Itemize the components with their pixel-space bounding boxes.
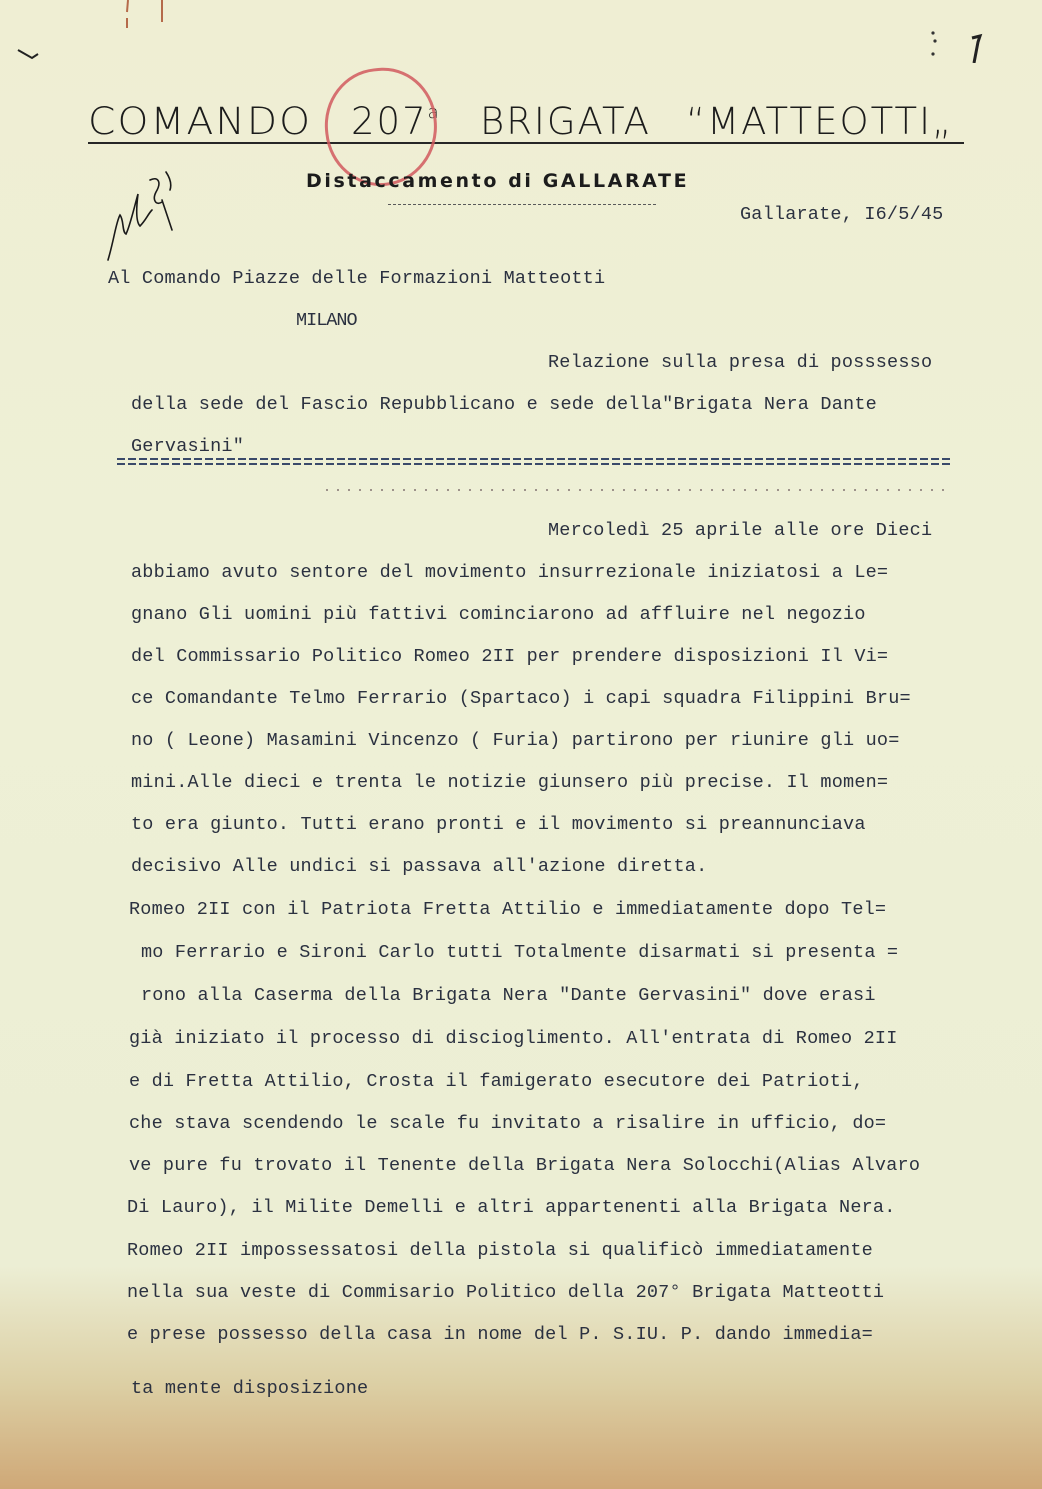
body-line: gnano Gli uomini più fattivi cominciaron… bbox=[131, 604, 866, 625]
body-line: mo Ferrario e Sironi Carlo tutti Totalme… bbox=[141, 942, 898, 963]
stain-mark bbox=[118, 0, 168, 50]
letterhead-comando: COMANDO bbox=[88, 100, 312, 143]
body-line: Romeo 2II con il Patriota Fretta Attilio… bbox=[129, 899, 886, 920]
body-line: ce Comandante Telmo Ferrario (Spartaco) … bbox=[131, 688, 911, 709]
body-line: no ( Leone) Masamini Vincenzo ( Furia) p… bbox=[131, 730, 900, 751]
subject-line: Relazione sulla presa di posssesso bbox=[548, 352, 932, 373]
letterhead-underline bbox=[88, 142, 964, 144]
body-line: nella sua veste di Commisario Politico d… bbox=[127, 1282, 884, 1303]
body-line: che stava scendendo le scale fu invitato… bbox=[129, 1113, 886, 1134]
subheading-rule bbox=[388, 204, 656, 205]
letterhead-subheading: Distaccamento di GALLARATE bbox=[306, 170, 689, 192]
body-line: già iniziato il processo di discioglimen… bbox=[129, 1028, 898, 1049]
body-line: e prese possesso della casa in nome del … bbox=[127, 1324, 873, 1345]
recipient-city: MILANO bbox=[296, 310, 357, 331]
body-line: abbiamo avuto sentore del movimento insu… bbox=[131, 562, 888, 583]
body-line: Romeo 2II impossessatosi della pistola s… bbox=[127, 1240, 873, 1261]
body-line: e di Fretta Attilio, Crosta il famigerat… bbox=[129, 1071, 864, 1092]
double-rule-separator bbox=[117, 458, 953, 468]
body-line: ve pure fu trovato il Tenente della Brig… bbox=[129, 1155, 920, 1176]
subject-line: Gervasini" bbox=[131, 436, 244, 457]
body-line: del Commissario Politico Romeo 2II per p… bbox=[131, 646, 888, 667]
letterhead-brigata: BRIGATA bbox=[480, 100, 651, 143]
document-date: Gallarate, I6/5/45 bbox=[740, 204, 943, 225]
body-line: Mercoledì 25 aprile alle ore Dieci bbox=[548, 520, 932, 541]
letterhead-matteotti: “MATTEOTTI„ bbox=[686, 100, 953, 143]
body-line: Di Lauro), il Milite Demelli e altri app… bbox=[127, 1197, 896, 1218]
body-line: decisivo Alle undici si passava all'azio… bbox=[131, 856, 707, 877]
pencil-mark bbox=[12, 40, 42, 70]
body-line: to era giunto. Tutti erano pronti e il m… bbox=[131, 814, 866, 835]
handwritten-signature bbox=[100, 160, 190, 270]
body-line: ta mente disposizione bbox=[131, 1378, 368, 1399]
dotted-separator bbox=[326, 489, 950, 491]
body-line: rono alla Caserma della Brigata Nera "Da… bbox=[141, 985, 876, 1006]
subject-line: della sede del Fascio Repubblicano e sed… bbox=[131, 394, 877, 415]
recipient-line: Al Comando Piazze delle Formazioni Matte… bbox=[108, 268, 605, 289]
body-line: mini.Alle dieci e trenta le notizie giun… bbox=[131, 772, 888, 793]
pencil-mark bbox=[930, 8, 990, 63]
